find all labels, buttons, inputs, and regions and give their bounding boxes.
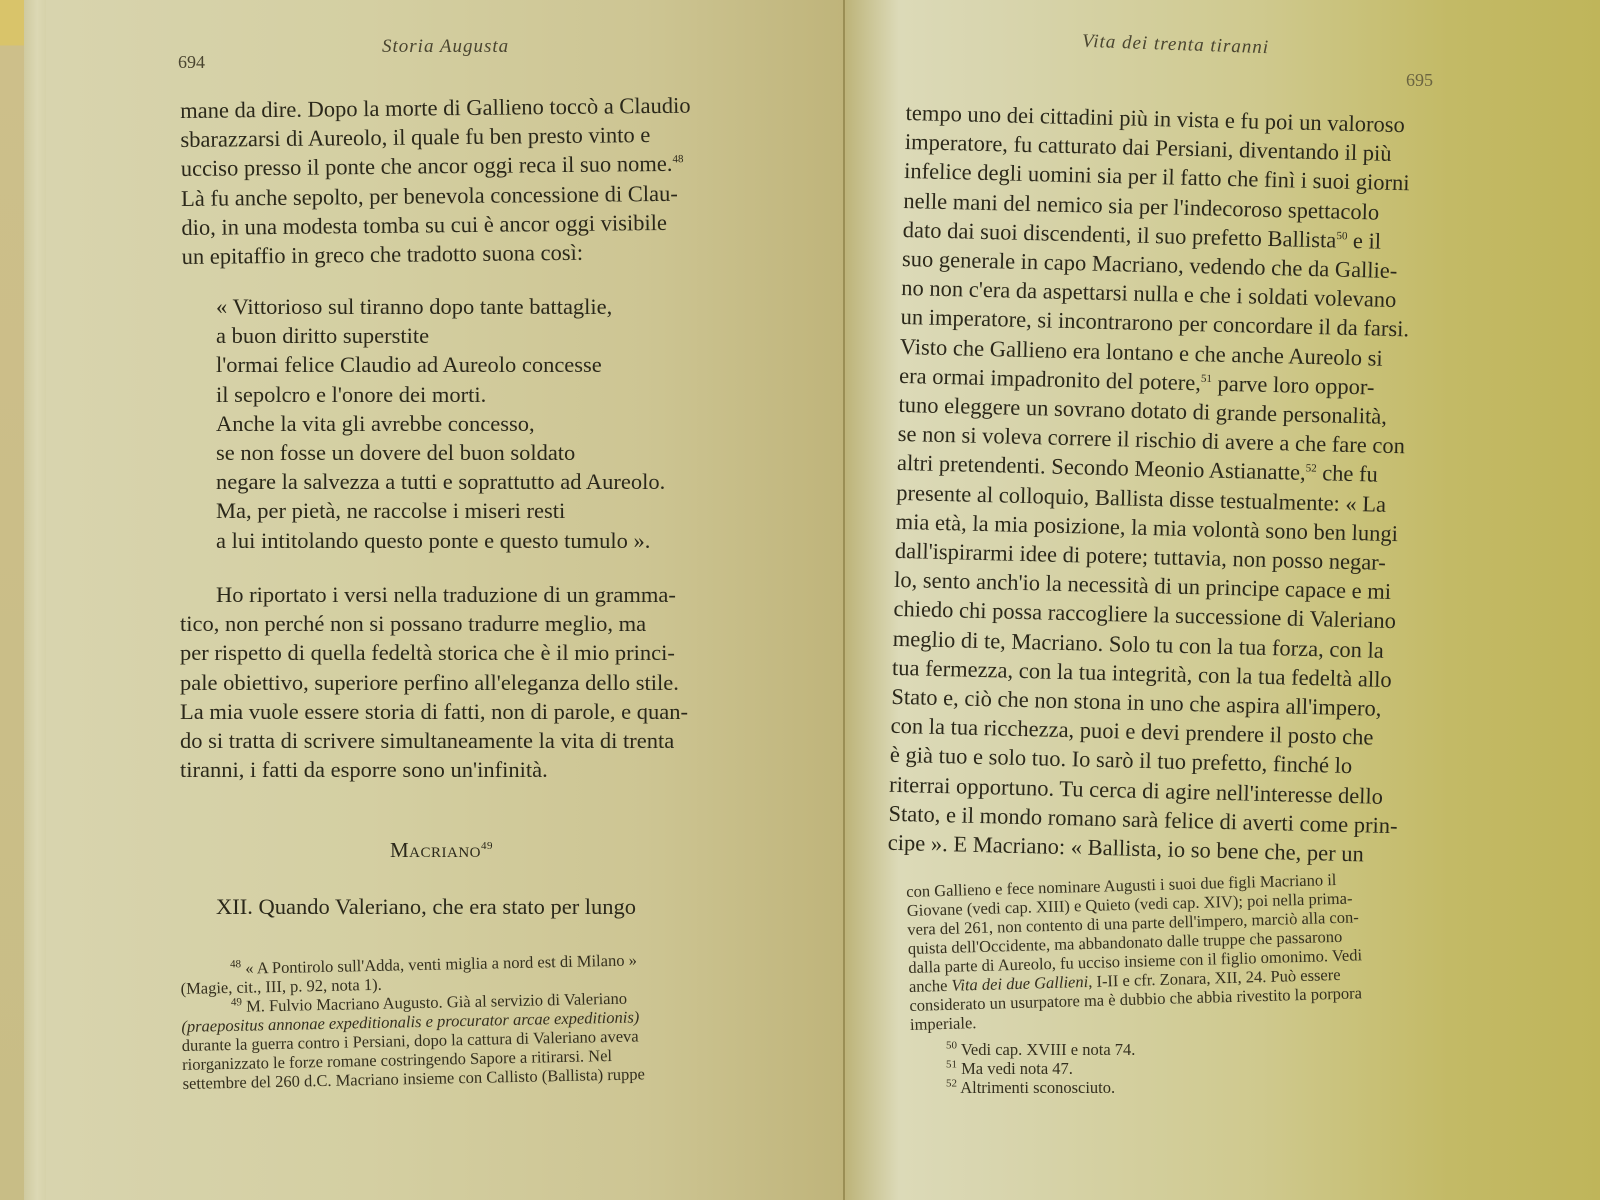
book-gutter (843, 0, 845, 1200)
footnote-ref-52[interactable]: 52 (1306, 463, 1317, 475)
book-edge-left (0, 0, 24, 1200)
text-line: dio, in una modesta tomba su cui è ancor… (181, 207, 741, 242)
verse-line: l'ormai felice Claudio ad Aureolo conces… (216, 350, 665, 379)
running-head-right: Vita dei trenta tiranni (1082, 31, 1270, 60)
text-line: Ho riportato i versi nella traduzione di… (180, 580, 740, 609)
page-number-left: 694 (178, 52, 205, 73)
text-line: tiranni, i fatti da esporre sono un'infi… (180, 755, 740, 784)
verse-line: Ma, per pietà, ne raccolse i miseri rest… (216, 496, 665, 525)
body-text-block-2: Ho riportato i versi nella traduzione di… (180, 580, 740, 784)
footnotes-right: 50 Vedi cap. XVIII e nota 74. 51 Ma vedi… (946, 1040, 1346, 1097)
left-page: 694 Storia Augusta mane da dire. Dopo la… (46, 0, 846, 1200)
chapter-xii-start: XII. Quando Valeriano, che era stato per… (216, 892, 776, 921)
text-line: XII. Quando Valeriano, che era stato per… (216, 892, 776, 921)
footnotes-left: 48 « A Pontirolo sull'Adda, venti miglia… (180, 947, 783, 1093)
verse-line: il sepolcro e l'onore dei morti. (216, 380, 665, 409)
text-line: mane da dire. Dopo la morte di Gallieno … (180, 90, 740, 125)
verse-line: Anche la vita gli avrebbe concesso, (216, 409, 665, 438)
running-head-left: Storia Augusta (382, 36, 509, 58)
epitaph-verse: « Vittorioso sul tiranno dopo tante batt… (216, 292, 665, 555)
verse-line: a lui intitolando questo ponte e questo … (216, 526, 665, 555)
text-line: La mia vuole essere storia di fatti, non… (180, 697, 740, 726)
footnote-51: 51 Ma vedi nota 47. (946, 1059, 1346, 1078)
text-line: tico, non perché non si possano tradurre… (180, 609, 740, 638)
right-page: Vita dei trenta tiranni 695 tempo uno de… (846, 0, 1600, 1200)
page-number-right: 695 (1406, 70, 1433, 91)
text-line: per rispetto di quella fedeltà storica c… (180, 638, 740, 667)
footnote-ref-49[interactable]: 49 (481, 840, 493, 852)
footnote-ref-51[interactable]: 51 (1201, 373, 1212, 385)
verse-line: a buon diritto superstite (216, 321, 665, 350)
verse-line: se non fosse un dovere del buon soldato (216, 438, 665, 467)
footnote-ref-50[interactable]: 50 (1336, 230, 1347, 242)
text-line: do si tratta di scrivere simultaneamente… (180, 726, 740, 755)
section-heading-macriano: Macriano49 (390, 838, 493, 863)
page-edge-shadow (24, 0, 46, 1200)
verse-line: negare la salvezza a tutti e soprattutto… (216, 467, 665, 496)
footnote-52: 52 Altrimenti sconosciuto. (946, 1078, 1346, 1097)
body-text-right: tempo uno dei cittadini più in vista e f… (887, 98, 1435, 870)
text-line: un epitaffio in greco che tradotto suona… (182, 236, 742, 271)
verse-line: « Vittorioso sul tiranno dopo tante batt… (216, 292, 665, 321)
body-text-block-1: mane da dire. Dopo la morte di Gallieno … (180, 90, 742, 271)
footnote-ref-48[interactable]: 48 (672, 154, 683, 166)
text-line: pale obiettivo, superiore perfino all'el… (180, 668, 740, 697)
footnote-50: 50 Vedi cap. XVIII e nota 74. (946, 1040, 1346, 1059)
footnote-49-continued: con Gallieno e fece nominare Augusti i s… (906, 866, 1470, 1034)
